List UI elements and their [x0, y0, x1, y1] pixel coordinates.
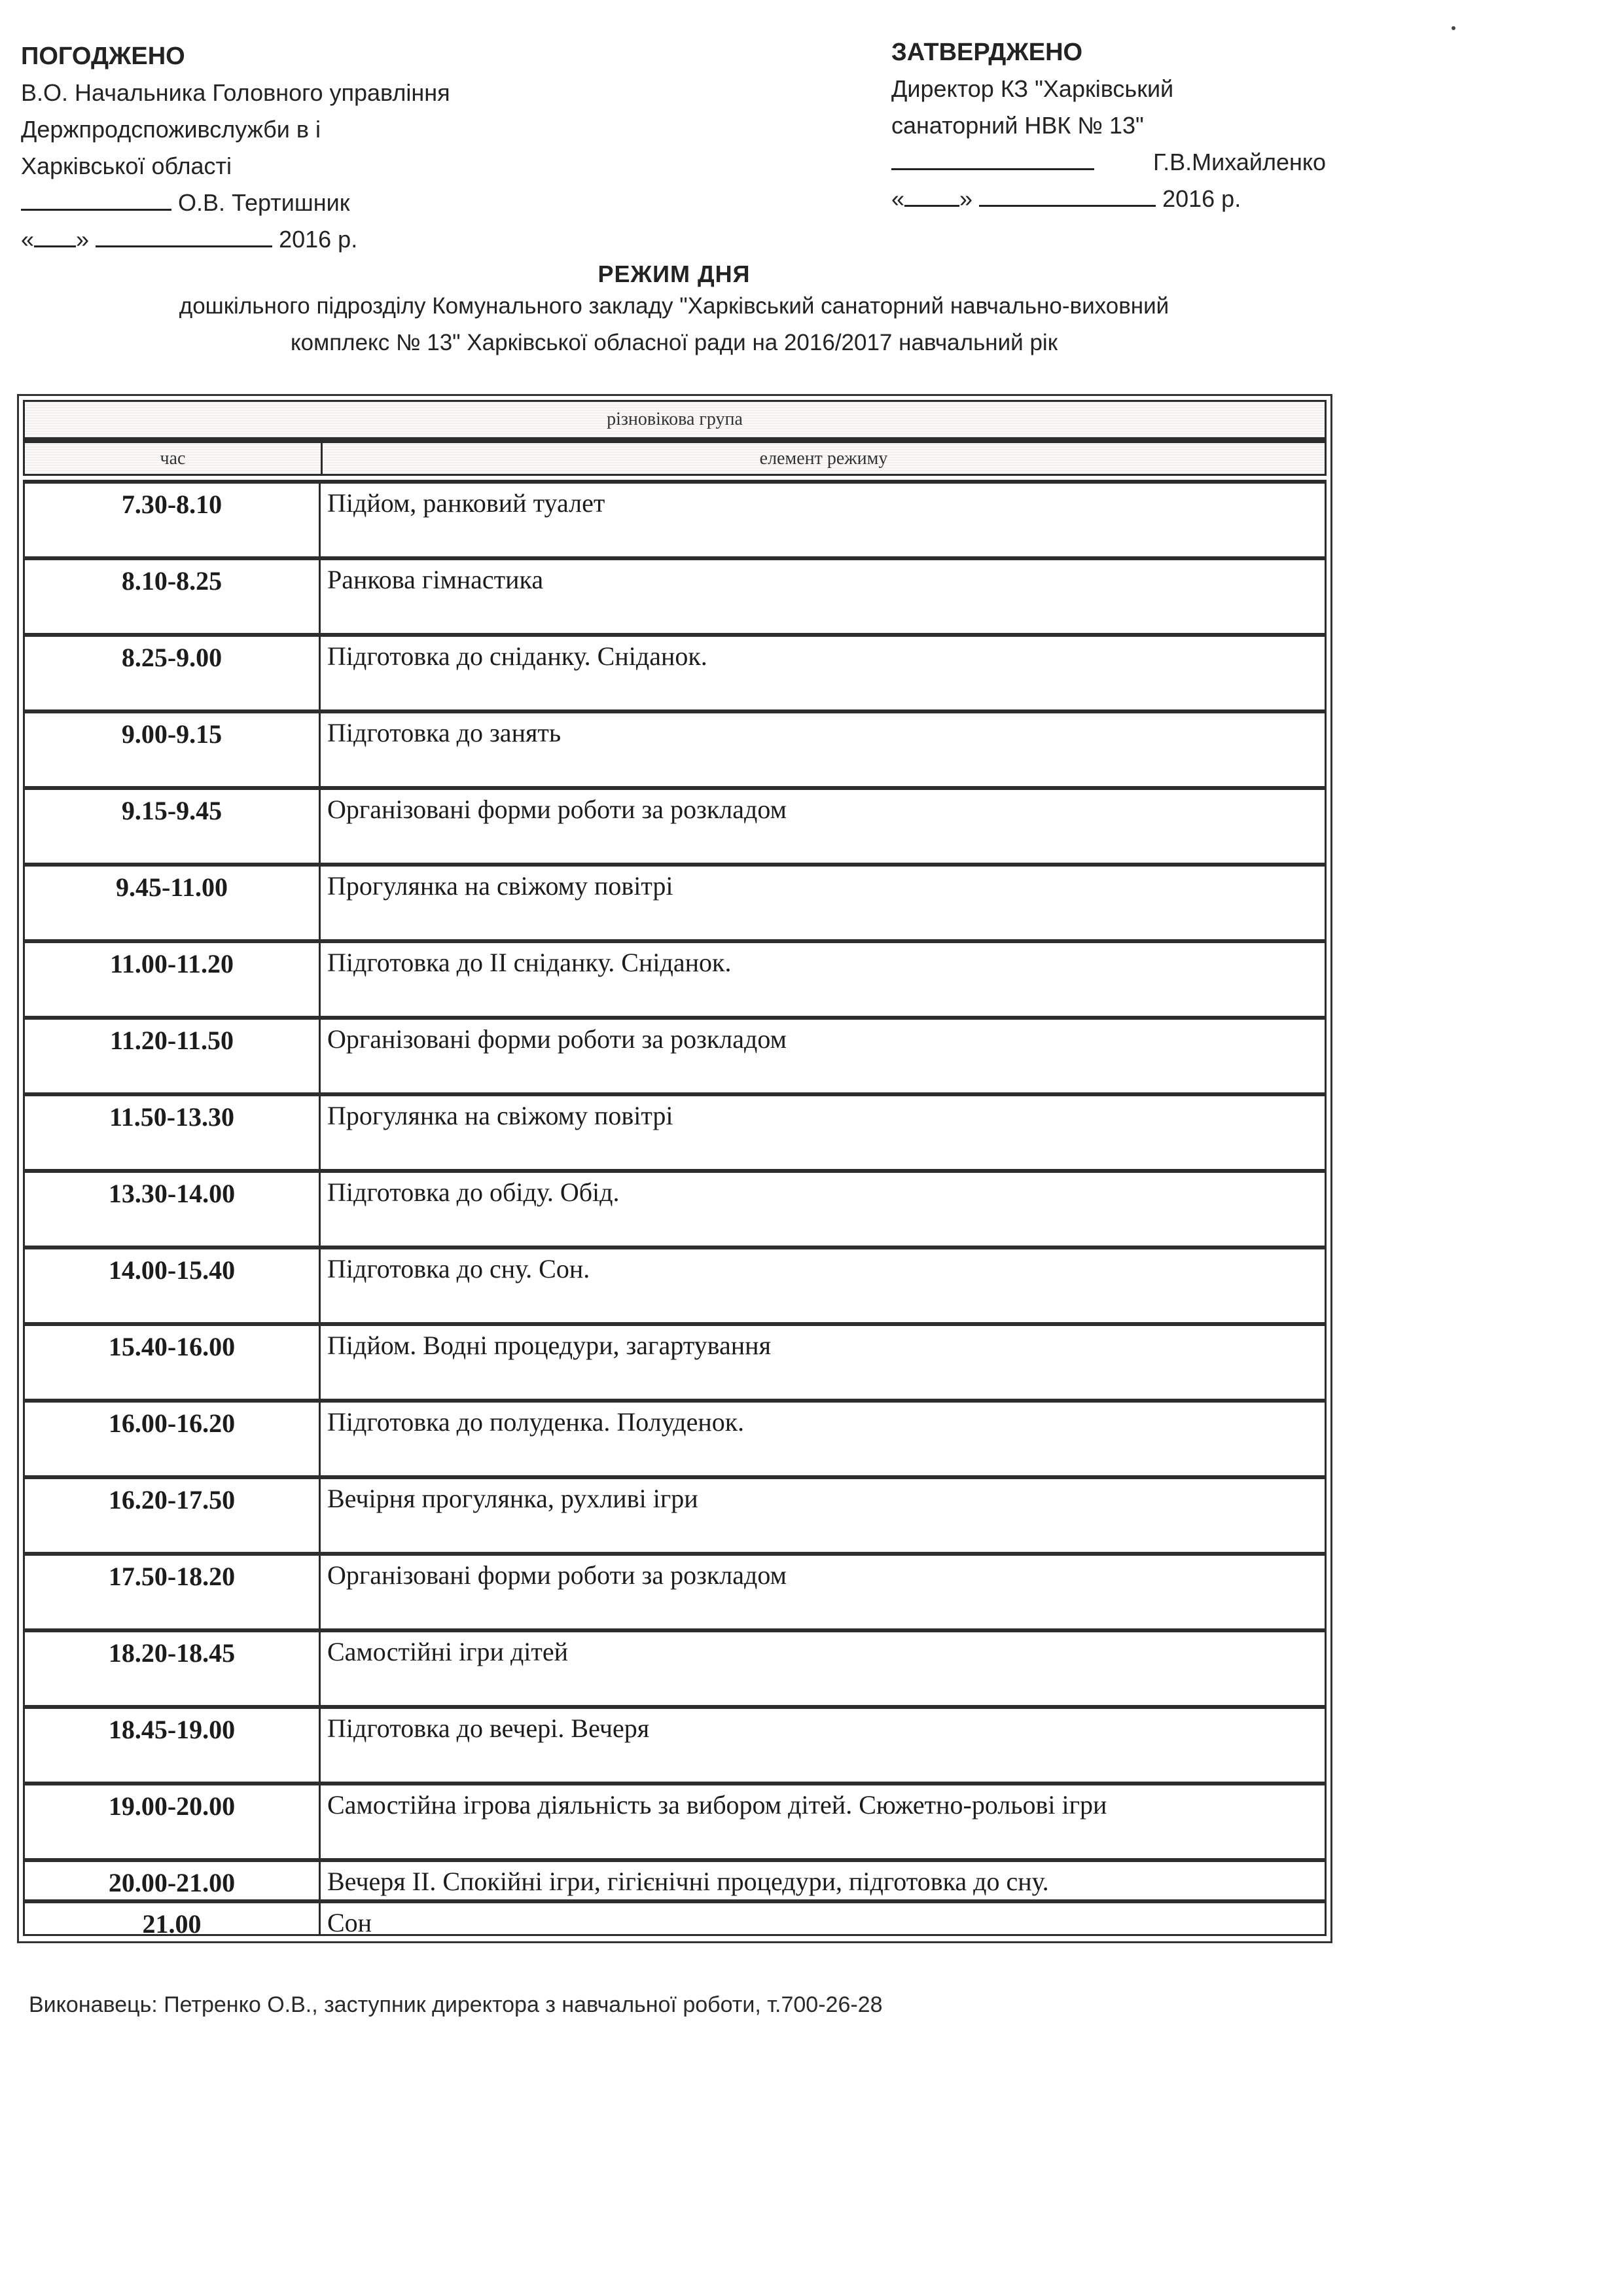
signature-line — [891, 149, 1094, 170]
row-time: 17.50-18.20 — [25, 1556, 321, 1628]
row-time: 11.20-11.50 — [25, 1020, 321, 1092]
agreed-date-year: 2016 р. — [279, 226, 357, 253]
confirmed-heading: ЗАТВЕРДЖЕНО — [891, 34, 1326, 71]
row-time: 8.25-9.00 — [25, 637, 321, 709]
table-group-header: різновікова група — [23, 400, 1327, 439]
agreed-heading: ПОГОДЖЕНО — [21, 38, 450, 75]
row-time: 18.20-18.45 — [25, 1632, 321, 1705]
row-time: 8.10-8.25 — [25, 560, 321, 633]
table-row: 19.00-20.00Самостійна ігрова діяльність … — [23, 1782, 1327, 1858]
row-element: Підготовка до вечері. Вечеря — [321, 1709, 1325, 1782]
agreed-signature-row: О.В. Тертишник — [21, 185, 450, 221]
day-line — [34, 226, 76, 247]
table-row: 11.20-11.50Організовані форми роботи за … — [23, 1016, 1327, 1092]
schedule-table: різновікова група час елемент режиму 7.3… — [17, 394, 1332, 1943]
row-element: Підйом. Водні процедури, загартування — [321, 1326, 1325, 1399]
table-row: 15.40-16.00Підйом. Водні процедури, зага… — [23, 1322, 1327, 1399]
confirmed-signatory: Г.В.Михайленко — [1153, 149, 1326, 175]
confirmed-date-row: «» 2016 р. — [891, 181, 1326, 217]
agreed-date-row: «» 2016 р. — [21, 221, 450, 258]
table-row: 13.30-14.00Підготовка до обіду. Обід. — [23, 1169, 1327, 1246]
row-time: 9.45-11.00 — [25, 867, 321, 939]
row-time: 11.00-11.20 — [25, 943, 321, 1016]
row-time: 9.15-9.45 — [25, 790, 321, 863]
table-body: 7.30-8.10Підйом, ранковий туалет8.10-8.2… — [23, 480, 1327, 1936]
row-element: Підготовка до полуденка. Полуденок. — [321, 1403, 1325, 1475]
row-time: 18.45-19.00 — [25, 1709, 321, 1782]
row-element: Самостійні ігри дітей — [321, 1632, 1325, 1705]
table-row: 9.45-11.00Прогулянка на свіжому повітрі — [23, 863, 1327, 939]
row-element: Вечірня прогулянка, рухливі ігри — [321, 1479, 1325, 1552]
table-row: 16.00-16.20Підготовка до полуденка. Полу… — [23, 1399, 1327, 1475]
row-element: Прогулянка на свіжому повітрі — [321, 1096, 1325, 1169]
title-subtitle-line-1: дошкільного підрозділу Комунального закл… — [0, 293, 1348, 319]
row-element: Підготовка до сніданку. Сніданок. — [321, 637, 1325, 709]
table-column-headers: час елемент режиму — [23, 439, 1327, 476]
row-time: 7.30-8.10 — [25, 484, 321, 556]
title-main: РЕЖИМ ДНЯ — [0, 260, 1348, 288]
row-time: 21.00 — [25, 1903, 321, 1934]
column-header-time: час — [25, 443, 323, 474]
table-row: 8.10-8.25Ранкова гімнастика — [23, 556, 1327, 633]
quote-close: » — [76, 226, 89, 253]
agreed-line-3: Харківської області — [21, 148, 450, 185]
row-time: 20.00-21.00 — [25, 1862, 321, 1899]
row-element: Самостійна ігрова діяльність за вибором … — [321, 1785, 1325, 1858]
month-line — [979, 185, 1156, 207]
column-header-element: елемент режиму — [323, 443, 1325, 474]
approval-block-agreed: ПОГОДЖЕНО В.О. Начальника Головного упра… — [21, 38, 450, 258]
row-element: Сон — [321, 1903, 1325, 1934]
table-row: 14.00-15.40Підготовка до сну. Сон. — [23, 1246, 1327, 1322]
row-element: Ранкова гімнастика — [321, 560, 1325, 633]
row-time: 16.00-16.20 — [25, 1403, 321, 1475]
row-element: Підготовка до ІІ сніданку. Сніданок. — [321, 943, 1325, 1016]
row-element: Прогулянка на свіжому повітрі — [321, 867, 1325, 939]
row-element: Вечеря ІІ. Спокійні ігри, гігієнічні про… — [321, 1862, 1325, 1899]
table-row: 21.00Сон — [23, 1899, 1327, 1936]
confirmed-line-1: Директор КЗ "Харківський — [891, 71, 1326, 107]
table-row: 18.45-19.00Підготовка до вечері. Вечеря — [23, 1705, 1327, 1782]
row-time: 14.00-15.40 — [25, 1249, 321, 1322]
month-line — [96, 226, 272, 247]
table-row: 11.00-11.20Підготовка до ІІ сніданку. Сн… — [23, 939, 1327, 1016]
row-element: Підготовка до занять — [321, 713, 1325, 786]
table-row: 7.30-8.10Підйом, ранковий туалет — [23, 480, 1327, 556]
row-time: 11.50-13.30 — [25, 1096, 321, 1169]
table-row: 16.20-17.50Вечірня прогулянка, рухливі і… — [23, 1475, 1327, 1552]
quote-open: « — [891, 185, 904, 212]
agreed-signatory: О.В. Тертишник — [178, 189, 349, 216]
row-time: 16.20-17.50 — [25, 1479, 321, 1552]
confirmed-signature-row: Г.В.Михайленко — [891, 144, 1326, 181]
day-line — [904, 185, 959, 207]
row-element: Організовані форми роботи за розкладом — [321, 1556, 1325, 1628]
row-element: Підготовка до обіду. Обід. — [321, 1173, 1325, 1246]
row-time: 15.40-16.00 — [25, 1326, 321, 1399]
title-subtitle-line-2: комплекс № 13" Харківської обласної ради… — [0, 330, 1348, 356]
table-row: 20.00-21.00Вечеря ІІ. Спокійні ігри, гіг… — [23, 1858, 1327, 1899]
table-row: 11.50-13.30Прогулянка на свіжому повітрі — [23, 1092, 1327, 1169]
row-element: Підйом, ранковий туалет — [321, 484, 1325, 556]
table-row: 9.00-9.15Підготовка до занять — [23, 709, 1327, 786]
row-time: 9.00-9.15 — [25, 713, 321, 786]
approval-block-confirmed: ЗАТВЕРДЖЕНО Директор КЗ "Харківський сан… — [891, 34, 1326, 217]
table-row: 17.50-18.20Організовані форми роботи за … — [23, 1552, 1327, 1628]
row-time: 19.00-20.00 — [25, 1785, 321, 1858]
confirmed-date-year: 2016 р. — [1162, 185, 1241, 212]
scan-speck — [1452, 26, 1455, 30]
row-time: 13.30-14.00 — [25, 1173, 321, 1246]
executor-note: Виконавець: Петренко О.В., заступник дир… — [29, 1992, 883, 2018]
table-row: 9.15-9.45Організовані форми роботи за ро… — [23, 786, 1327, 863]
agreed-line-1: В.О. Начальника Головного управління — [21, 75, 450, 111]
table-row: 8.25-9.00Підготовка до сніданку. Снідано… — [23, 633, 1327, 709]
agreed-line-2: Держпродспоживслужби в і — [21, 111, 450, 148]
table-row: 18.20-18.45Самостійні ігри дітей — [23, 1628, 1327, 1705]
row-element: Організовані форми роботи за розкладом — [321, 1020, 1325, 1092]
quote-open: « — [21, 226, 34, 253]
quote-close: » — [959, 185, 972, 212]
row-element: Підготовка до сну. Сон. — [321, 1249, 1325, 1322]
confirmed-line-2: санаторний НВК № 13" — [891, 107, 1326, 144]
row-element: Організовані форми роботи за розкладом — [321, 790, 1325, 863]
signature-line — [21, 189, 171, 211]
